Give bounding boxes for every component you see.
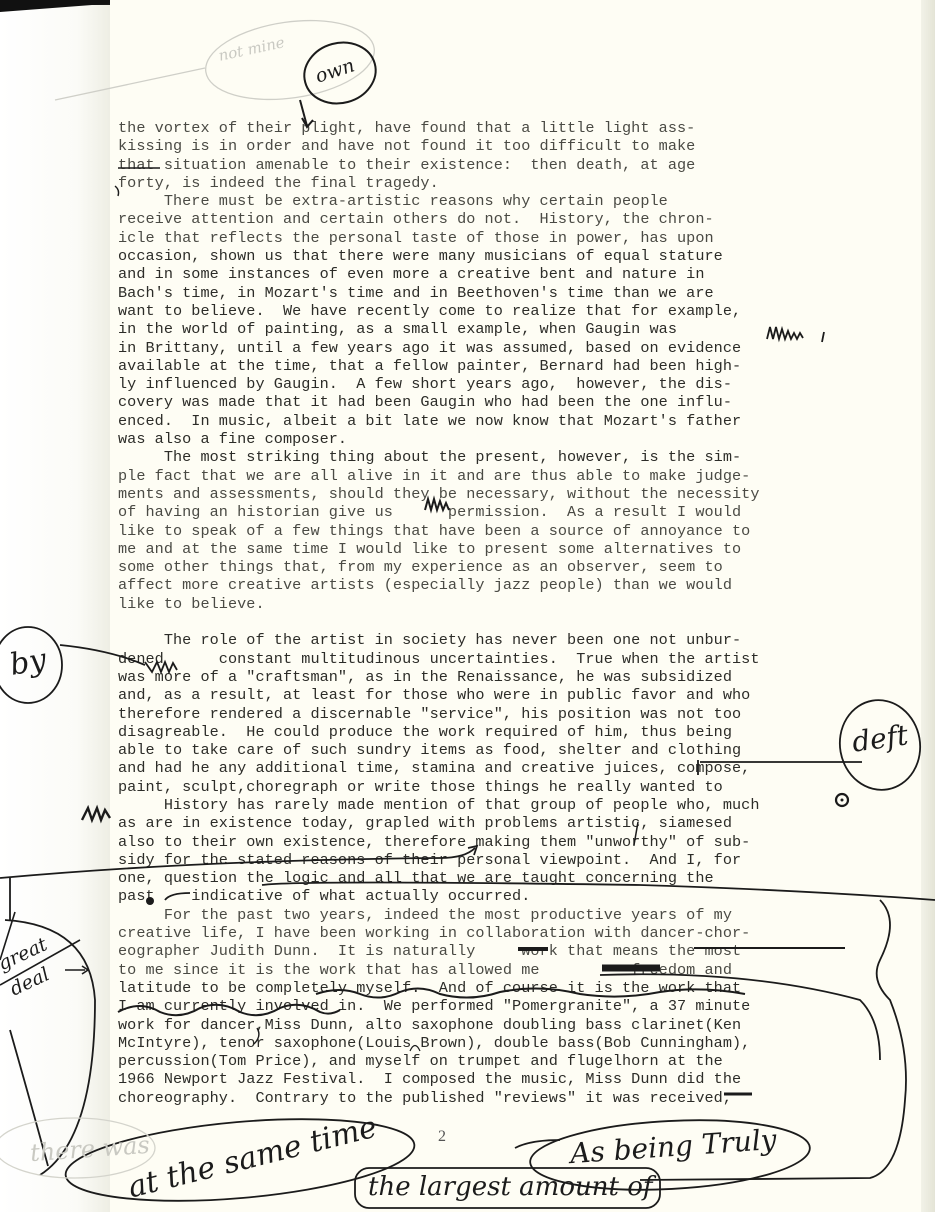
typed-line: as are in existence today, grapled with … bbox=[118, 814, 878, 832]
binder-strip bbox=[0, 0, 110, 1212]
typed-line: dened constant multitudinous uncertainti… bbox=[118, 650, 878, 668]
page-number: 2 bbox=[438, 1128, 446, 1146]
typed-line: to me since it is the work that has allo… bbox=[118, 961, 878, 979]
typed-line: that situation amenable to their existen… bbox=[118, 156, 878, 174]
typed-line: ple fact that we are all alive in it and… bbox=[118, 467, 878, 485]
typed-line: receive attention and certain others do … bbox=[118, 210, 878, 228]
typed-line: and had he any additional time, stamina … bbox=[118, 759, 878, 777]
typed-line: latitude to be completely myself. And of… bbox=[118, 979, 878, 997]
typed-line: me and at the same time I would like to … bbox=[118, 540, 878, 558]
typed-line: ments and assessments, should they be ne… bbox=[118, 485, 878, 503]
typed-line: icle that reflects the personal taste of… bbox=[118, 229, 878, 247]
typed-line: kissing is in order and have not found i… bbox=[118, 137, 878, 155]
typed-line: like to believe. bbox=[118, 595, 878, 613]
typed-line: creative life, I have been working in co… bbox=[118, 924, 878, 942]
typed-body-text: the vortex of their plight, have found t… bbox=[118, 119, 878, 1107]
typed-line: occasion, shown us that there were many … bbox=[118, 247, 878, 265]
typed-line: paint, sculpt,choregraph or write those … bbox=[118, 778, 878, 796]
typed-line: of having an historian give us permissio… bbox=[118, 503, 878, 521]
typed-line: McIntyre), tenor saxophone(Louis Brown),… bbox=[118, 1034, 878, 1052]
typed-line: History has rarely made mention of that … bbox=[118, 796, 878, 814]
typed-line: and in some instances of even more a cre… bbox=[118, 265, 878, 283]
typed-line: available at the time, that a fellow pai… bbox=[118, 357, 878, 375]
typed-line: 1966 Newport Jazz Festival. I composed t… bbox=[118, 1070, 878, 1088]
typed-line bbox=[118, 613, 878, 631]
typed-line: ly influenced by Gaugin. A few short yea… bbox=[118, 375, 878, 393]
typed-line: forty, is indeed the final tragedy. bbox=[118, 174, 878, 192]
typed-line: The role of the artist in society has ne… bbox=[118, 631, 878, 649]
typed-line: in Brittany, until a few years ago it wa… bbox=[118, 339, 878, 357]
annotation-by: by bbox=[7, 642, 49, 683]
typed-line: and, as a result, at least for those who… bbox=[118, 686, 878, 704]
typed-line: want to believe. We have recently come t… bbox=[118, 302, 878, 320]
typed-line: in the world of painting, as a small exa… bbox=[118, 320, 878, 338]
typed-line: I am currently involved in. We performed… bbox=[118, 997, 878, 1015]
typed-line: choreography. Contrary to the published … bbox=[118, 1089, 878, 1107]
typed-line: like to speak of a few things that have … bbox=[118, 522, 878, 540]
typed-line: affect more creative artists (especially… bbox=[118, 576, 878, 594]
typed-line: The most striking thing about the presen… bbox=[118, 448, 878, 466]
typed-line: one, question the logic and all that we … bbox=[118, 869, 878, 887]
typed-line: the vortex of their plight, have found t… bbox=[118, 119, 878, 137]
typed-line: was also a fine composer. bbox=[118, 430, 878, 448]
typed-line: Bach's time, in Mozart's time and in Bee… bbox=[118, 284, 878, 302]
typed-line: some other things that, from my experien… bbox=[118, 558, 878, 576]
typed-line: percussion(Tom Price), and myself on tru… bbox=[118, 1052, 878, 1070]
typed-line: disagreable. He could produce the work r… bbox=[118, 723, 878, 741]
typed-line: For the past two years, indeed the most … bbox=[118, 906, 878, 924]
typed-line: eographer Judith Dunn. It is naturally w… bbox=[118, 942, 878, 960]
annotation-the-largest-amount-of: the largest amount of bbox=[368, 1172, 652, 1202]
typed-line: covery was made that it had been Gaugin … bbox=[118, 393, 878, 411]
page-right-edge bbox=[921, 0, 935, 1212]
typed-line: able to take care of such sundry items a… bbox=[118, 741, 878, 759]
typed-line: also to their own existence, therefore m… bbox=[118, 833, 878, 851]
typed-line: There must be extra-artistic reasons why… bbox=[118, 192, 878, 210]
typed-line: enced. In music, albeit a bit late we no… bbox=[118, 412, 878, 430]
typed-line: was more of a "craftsman", as in the Ren… bbox=[118, 668, 878, 686]
typed-line: sidy for the stated reasons of their per… bbox=[118, 851, 878, 869]
typed-line: therefore rendered a discernable "servic… bbox=[118, 705, 878, 723]
typed-line: past indicative of what actually occurre… bbox=[118, 887, 878, 905]
typed-line: work for dancer,Miss Dunn, alto saxophon… bbox=[118, 1016, 878, 1034]
